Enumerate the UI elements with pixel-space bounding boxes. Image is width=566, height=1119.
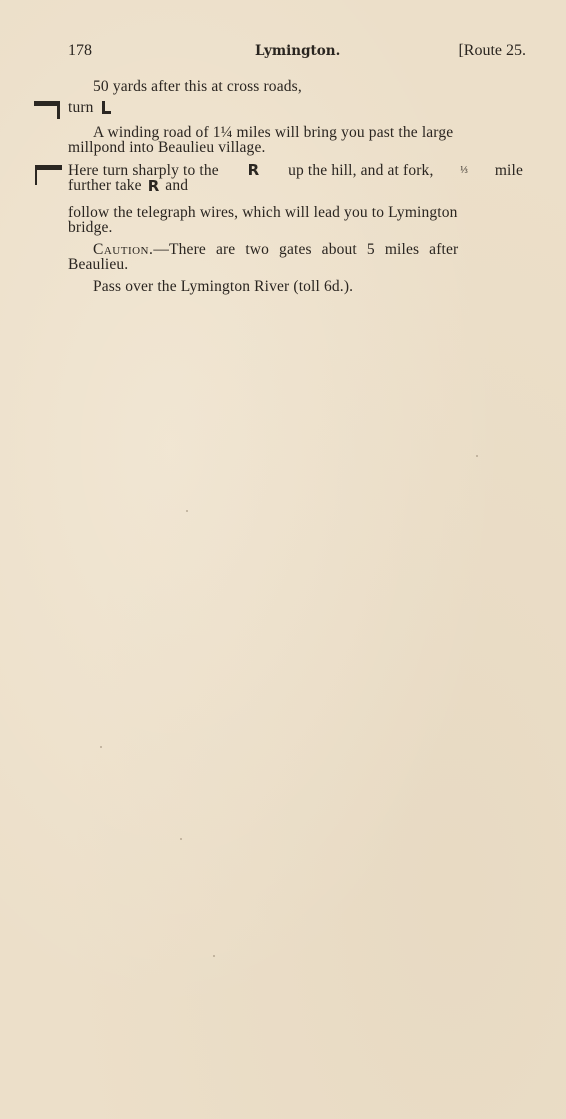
text-segment: further take (68, 177, 142, 194)
fraction: ⅓ (460, 163, 468, 178)
line-1: Caution.—There are two gates about 5 mil… (68, 242, 523, 257)
text-segment: mile (495, 163, 523, 178)
page-number: 178 (68, 42, 92, 60)
line-1: A winding road of 1¼ miles will bring yo… (68, 125, 523, 140)
right-turn-signpost-icon (35, 165, 62, 185)
turn-right-sign-icon: R (248, 163, 260, 178)
line-2: Beaulieu. (68, 257, 523, 272)
turn-label: turn (68, 99, 94, 116)
paragraph-text: 50 yards after this at cross roads, (93, 78, 302, 95)
paragraph-cross-roads: 50 yards after this at cross roads, (68, 79, 523, 94)
paper-speck (213, 955, 215, 957)
paragraph-toll: Pass over the Lymington River (toll 6d.)… (68, 279, 523, 294)
line-2: further take R and (68, 178, 523, 194)
text-segment: —There are two gates about 5 miles after (153, 241, 458, 258)
line-1: follow the telegraph wires, which will l… (68, 205, 523, 220)
paper-speck (476, 455, 478, 457)
turn-left-sign-icon (102, 101, 111, 114)
paragraph-turn-left: turn (68, 100, 523, 115)
text-segment: Here turn sharply to the (68, 163, 219, 178)
page-header: 178 Lymington. [Route 25. (68, 42, 526, 66)
route-reference: [Route 25. (458, 42, 526, 60)
turn-right-sign-icon: R (148, 179, 160, 194)
book-page: 178 Lymington. [Route 25. 50 yards after… (0, 0, 566, 1119)
paragraph-caution: Caution.—There are two gates about 5 mil… (68, 242, 523, 272)
line-1: Here turn sharply to the R up the hill, … (68, 163, 523, 178)
paper-speck (100, 746, 102, 748)
running-title: Lymington. (255, 43, 340, 59)
paragraph-telegraph-wires: follow the telegraph wires, which will l… (68, 205, 523, 235)
paragraph-text: Pass over the Lymington River (toll 6d.)… (93, 278, 353, 295)
paragraph-turn-sharply: Here turn sharply to the R up the hill, … (68, 163, 523, 194)
left-turn-signpost-icon (34, 101, 60, 119)
paragraph-winding-road: A winding road of 1¼ miles will bring yo… (68, 125, 523, 155)
paper-speck (180, 838, 182, 840)
text-segment: up the hill, and at fork, (288, 163, 433, 178)
line-2: millpond into Beaulieu village. (68, 140, 523, 155)
line-2: bridge. (68, 220, 523, 235)
paper-speck (186, 510, 188, 512)
text-segment: and (165, 177, 188, 194)
